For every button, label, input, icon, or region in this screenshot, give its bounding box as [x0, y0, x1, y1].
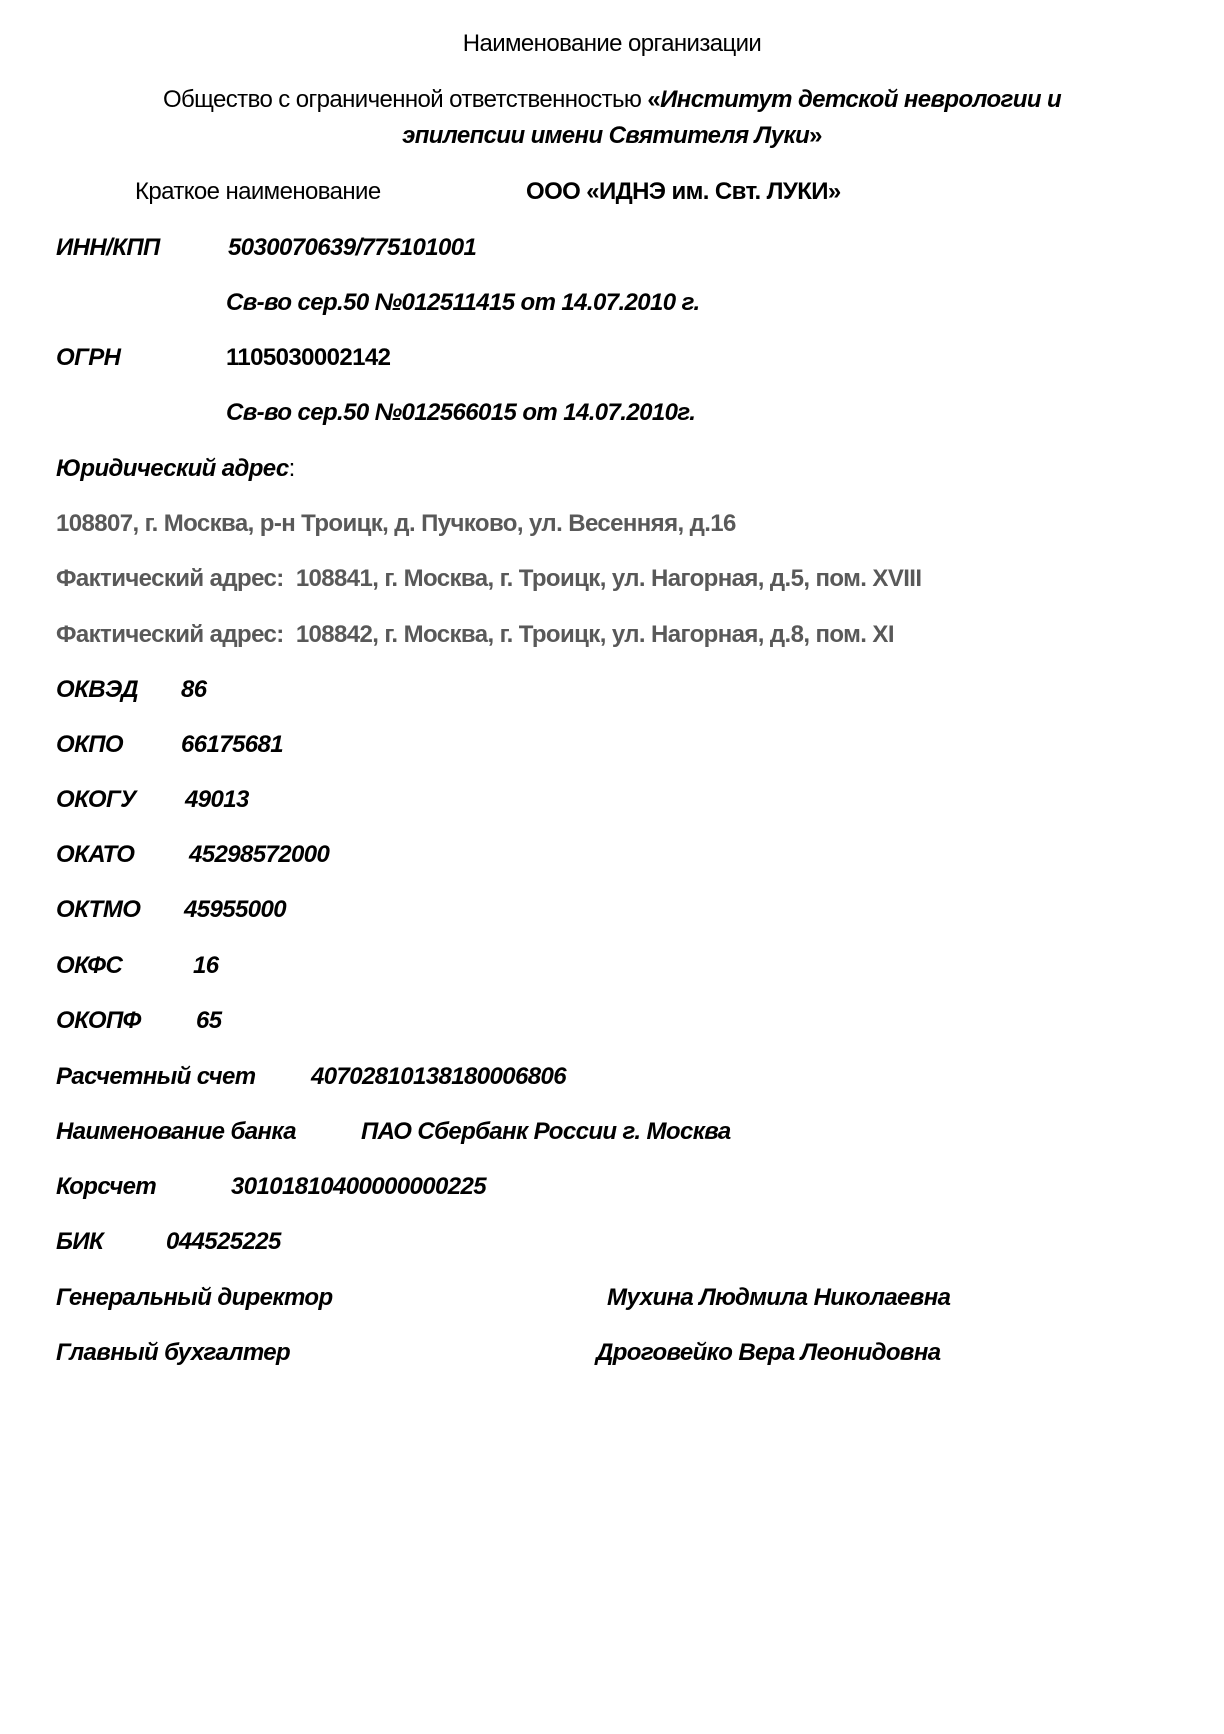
actual-address-row-1: Фактический адрес: 108841, г. Москва, г.… — [56, 564, 921, 594]
open-quote: « — [647, 86, 660, 113]
bik-value: 044525225 — [166, 1227, 281, 1257]
full-name-line-1: Общество с ограниченной ответственностью… — [0, 85, 1224, 115]
bank-name-label: Наименование банка — [56, 1117, 296, 1147]
actual-address-label: Фактический адрес: — [56, 621, 284, 648]
signatory-role: Генеральный директор — [56, 1283, 333, 1313]
inn-kpp-label: ИНН/КПП — [56, 233, 160, 263]
corr-account-label: Корсчет — [56, 1172, 156, 1202]
signatory-role: Главный бухгалтер — [56, 1338, 290, 1368]
inn-kpp-value: 5030070639/775101001 — [228, 233, 476, 263]
code-value: 16 — [193, 951, 219, 981]
close-quote: » — [809, 122, 822, 149]
actual-address-value: 108842, г. Москва, г. Троицк, ул. Нагорн… — [296, 621, 894, 648]
code-label: ОКАТО — [56, 840, 134, 870]
document-title: Наименование организации — [0, 29, 1224, 59]
full-name-italic-part-1: Институт детской неврологии и — [660, 86, 1061, 113]
full-name-italic-part-2: эпилепсии имени Святителя Луки — [402, 122, 809, 149]
code-value: 86 — [181, 675, 207, 705]
bank-account-value: 40702810138180006806 — [311, 1062, 566, 1092]
code-label: ОКПО — [56, 730, 123, 760]
signatory-name: Мухина Людмила Николаевна — [607, 1283, 950, 1313]
ogrn-value: 1105030002142 — [226, 343, 390, 373]
corr-account-value: 30101810400000000225 — [231, 1172, 486, 1202]
short-name-value: ООО «ИДНЭ им. Свт. ЛУКИ» — [526, 177, 841, 207]
legal-address-heading: Юридический адрес: — [56, 454, 295, 484]
bik-label: БИК — [56, 1227, 103, 1257]
short-name-label: Краткое наименование — [135, 177, 381, 207]
legal-address-value: 108807, г. Москва, р-н Троицк, д. Пучков… — [56, 509, 736, 539]
legal-address-colon: : — [289, 455, 295, 482]
full-name-prefix: Общество с ограниченной ответственностью — [163, 86, 647, 113]
bank-name-value: ПАО Сбербанк России г. Москва — [361, 1117, 731, 1147]
full-name-line-2: эпилепсии имени Святителя Луки» — [0, 121, 1224, 151]
legal-address-label: Юридический адрес — [56, 455, 289, 482]
code-value: 45955000 — [184, 895, 286, 925]
ogrn-label: ОГРН — [56, 343, 120, 373]
code-value: 45298572000 — [189, 840, 329, 870]
code-label: ОКОПФ — [56, 1006, 141, 1036]
code-value: 65 — [196, 1006, 222, 1036]
code-label: ОКОГУ — [56, 785, 136, 815]
actual-address-value: 108841, г. Москва, г. Троицк, ул. Нагорн… — [296, 565, 922, 592]
code-label: ОКВЭД — [56, 675, 138, 705]
code-value: 49013 — [185, 785, 249, 815]
actual-address-row-2: Фактический адрес: 108842, г. Москва, г.… — [56, 620, 894, 650]
bank-account-label: Расчетный счет — [56, 1062, 256, 1092]
code-value: 66175681 — [181, 730, 283, 760]
inn-certificate: Св-во сер.50 №012511415 от 14.07.2010 г. — [226, 288, 700, 318]
ogrn-certificate: Св-во сер.50 №012566015 от 14.07.2010г. — [226, 398, 695, 428]
signatory-name: Дроговейко Вера Леонидовна — [596, 1338, 940, 1368]
requisites-document: Наименование организации Общество с огра… — [0, 0, 1224, 1734]
actual-address-label: Фактический адрес: — [56, 565, 284, 592]
code-label: ОКТМО — [56, 895, 140, 925]
code-label: ОКФС — [56, 951, 122, 981]
